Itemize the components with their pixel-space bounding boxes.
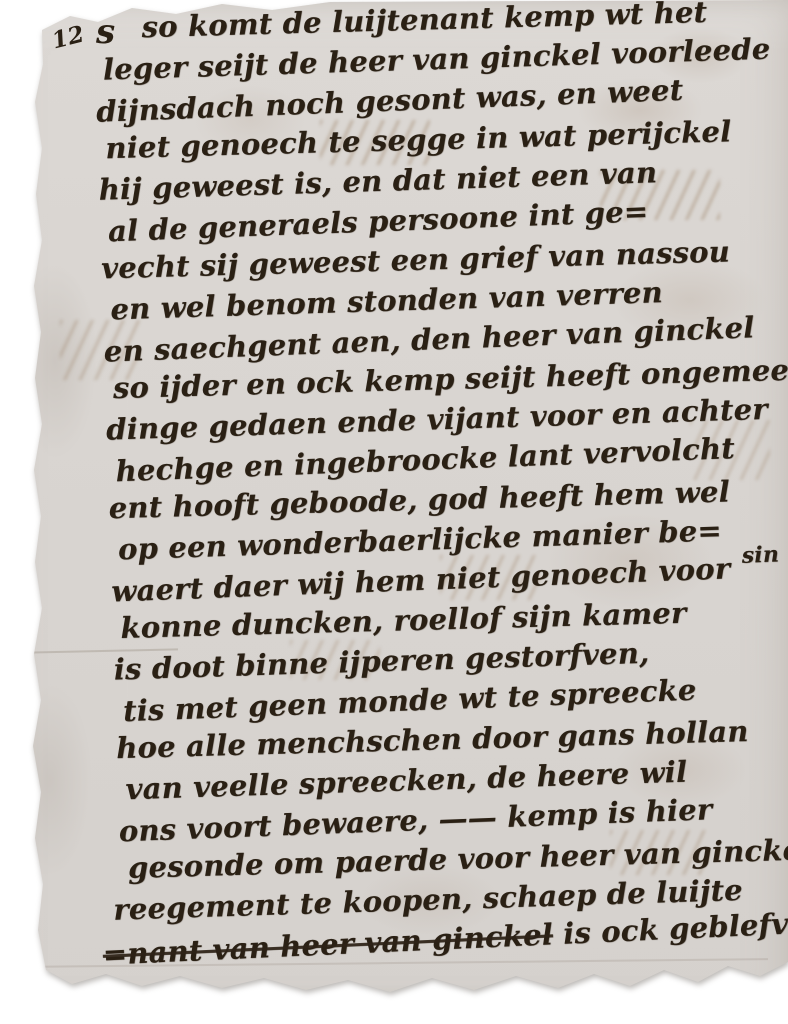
paper-sheet: 12 s so komt de luijtenant kemp wt hetle… — [0, 0, 788, 1024]
inserted-word: sin — [741, 534, 780, 575]
letter-scan: 12 s so komt de luijtenant kemp wt hetle… — [0, 0, 788, 1024]
letter-text: so komt de luijtenant kemp wt hetleger s… — [29, 0, 788, 971]
paper-shadow: 12 s so komt de luijtenant kemp wt hetle… — [0, 0, 788, 1024]
